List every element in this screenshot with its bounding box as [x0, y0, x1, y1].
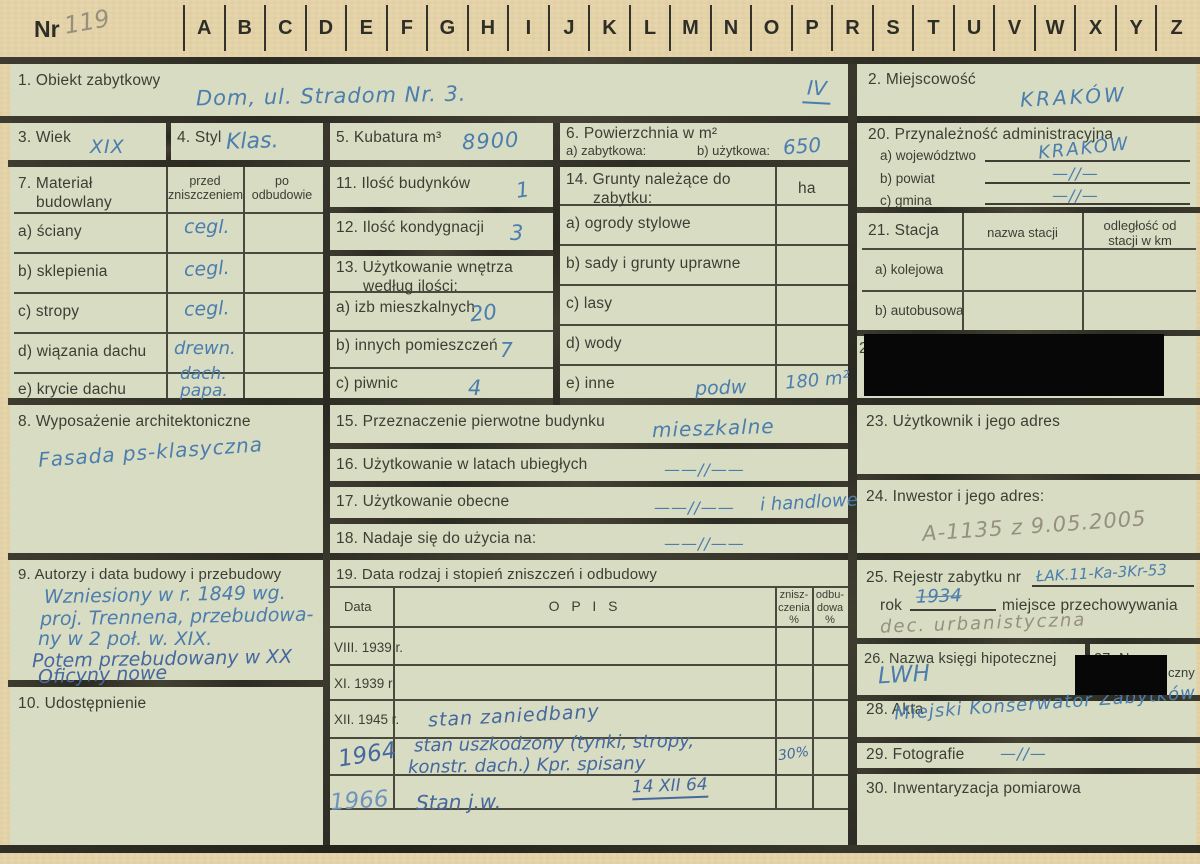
field-15-label: 15. Przeznaczenie pierwotne budynku [336, 412, 605, 431]
field-7-row-value: dach. papa. [180, 366, 228, 400]
field-29-label: 29. Fotografie [866, 745, 964, 764]
alphabet-tab-T: T [912, 5, 953, 51]
field-6b-value: 650 [782, 133, 822, 160]
field-7-row-value: drewn. [174, 338, 236, 359]
field-7-row-value: cegl. [184, 216, 230, 238]
field-6a-label: a) zabytkowa: [566, 144, 646, 159]
field-19-row-date-handwritten: 1966 [329, 786, 389, 816]
field-23-label: 23. Użytkownik i jego adres [866, 412, 1060, 431]
nr-handwritten-value: 119 [62, 4, 112, 40]
field-5-label: 5. Kubatura m³ [336, 128, 441, 147]
field-22-redaction-box [864, 334, 1164, 396]
alphabet-tab-E: E [345, 5, 386, 51]
field-13c-value: 4 [468, 376, 481, 400]
field-16-value: ——//—— [664, 460, 745, 479]
field-19-row-opis: Stan j.w. [416, 789, 502, 814]
divider-bar [0, 116, 1200, 123]
field-13a-label: a) izb mieszkalnych [336, 298, 475, 317]
divider-bar-vertical [553, 123, 560, 405]
field-21-col-dist: odległość od stacji w km [1085, 219, 1195, 249]
field-20c-value: —//— [1052, 186, 1099, 205]
field-7-row-label: e) krycie dachu [18, 380, 126, 399]
field-19-top-line [330, 586, 848, 588]
divider-bar [855, 474, 1200, 480]
field-19-col-divider-1 [393, 586, 395, 810]
field-7-row-line-3 [14, 332, 323, 334]
alphabet-tab-D: D [305, 5, 346, 51]
field-19-col-od: odbu- dowa % [813, 589, 847, 627]
field-7-row-label: a) ściany [18, 222, 82, 241]
field-7-col-before: przed zniszczeniem [168, 174, 242, 203]
alphabet-tab-K: K [588, 5, 629, 51]
field-18-value: ——//—— [664, 534, 745, 553]
field-2-label: 2. Miejscowość [868, 70, 976, 89]
alphabet-tab-R: R [831, 5, 872, 51]
field-14-row-label: b) sady i grunty uprawne [566, 254, 741, 273]
divider-bar [855, 737, 1200, 743]
field-5-value: 8900 [461, 128, 520, 155]
alphabet-tab-V: V [993, 5, 1034, 51]
heritage-record-card: Nr 119 ABCDEFGHIJKLMNOPRSTUVWXYZ 1. Obie… [0, 0, 1200, 864]
divider-bar [855, 768, 1200, 774]
field-14-unit: ha [798, 179, 816, 198]
field-13a-value: 20 [469, 300, 498, 327]
field-9-line-5: Oficyny nowe [38, 662, 168, 688]
alphabet-tab-U: U [953, 5, 994, 51]
field-21-row-line [862, 290, 1196, 292]
alphabet-tab-Y: Y [1115, 5, 1156, 51]
field-21-label: 21. Stacja [868, 221, 939, 240]
divider-bar-vertical [323, 123, 330, 845]
field-21-col-name: nazwa stacji [965, 226, 1080, 241]
field-13-label: 13. Użytkowanie wnętrza według ilości: [336, 258, 513, 297]
divider-bar [8, 160, 849, 167]
field-1-label: 1. Obiekt zabytkowy [18, 71, 161, 90]
divider-bar [855, 638, 1200, 644]
divider-bar-vertical [166, 123, 171, 160]
field-6-label: 6. Powierzchnia w m² [566, 124, 717, 143]
field-21b-label: b) autobusowa [875, 303, 964, 319]
field-1-value: Dom, ul. Stradom Nr. 3. [196, 82, 467, 111]
field-7-row-line-1 [14, 252, 323, 254]
field-7-row-label: d) wiązania dachu [18, 342, 146, 361]
field-12-label: 12. Ilość kondygnacji [336, 218, 484, 237]
alphabet-tab-Z: Z [1155, 5, 1196, 51]
field-7-row-label: b) sklepienia [18, 262, 108, 281]
field-21-divider-2 [1082, 213, 1084, 330]
field-27-visible-suffix: czny [1168, 666, 1195, 681]
field-14-line-4 [560, 364, 848, 366]
field-17-label: 17. Użytkowanie obecne [336, 492, 509, 511]
field-7-row-line-2 [14, 292, 323, 294]
field-14-line-1 [560, 244, 848, 246]
field-29-value: —//— [1000, 744, 1047, 763]
field-12-value: 3 [510, 221, 523, 245]
divider-bar [330, 518, 849, 524]
field-7-row-line-4 [14, 372, 323, 374]
alphabet-tab-L: L [629, 5, 670, 51]
divider-bar [8, 553, 1200, 560]
field-3-label: 3. Wiek [18, 128, 71, 147]
field-13b-value: 7 [500, 338, 513, 362]
field-4-label: 4. Styl [177, 128, 221, 147]
field-19-row-date: VIII. 1939 r. [334, 640, 403, 656]
field-19-row-opis-line2: konstr. dach.) Kpr. spisany [408, 753, 646, 778]
field-25-rok-line [910, 609, 996, 611]
field-14-line-3 [560, 324, 848, 326]
field-19-label: 19. Data rodzaj i stopień zniszczeń i od… [336, 566, 657, 585]
field-19-row-line-1 [330, 664, 848, 666]
field-14e-value: podw [695, 376, 747, 400]
divider-bar [0, 57, 1200, 64]
field-14-label: 14. Grunty należące do zabytku: [566, 170, 731, 209]
field-20b-label: b) powiat [880, 171, 935, 187]
field-24-label: 24. Inwestor i jego adres: [866, 487, 1044, 506]
field-20c-label: c) gmina [880, 193, 932, 209]
alphabet-tab-A: A [183, 5, 224, 51]
alphabet-tab-W: W [1034, 5, 1075, 51]
alphabet-tab-F: F [386, 5, 427, 51]
field-19-row-note: 14 XII 64 [632, 775, 709, 801]
alphabet-tabs: ABCDEFGHIJKLMNOPRSTUVWXYZ [183, 0, 1196, 57]
field-25-label: 25. Rejestr zabytku nr [866, 568, 1021, 587]
field-19-col-data: Data [344, 600, 371, 615]
field-13-line-3 [330, 367, 553, 369]
field-7-row-value: cegl. [183, 257, 230, 281]
alphabet-tab-S: S [872, 5, 913, 51]
field-30-label: 30. Inwentaryzacja pomiarowa [866, 779, 1081, 798]
field-20b-value: —//— [1052, 164, 1099, 183]
field-13-line-2 [330, 330, 553, 332]
field-18-label: 18. Nadaje się do użycia na: [336, 529, 536, 548]
field-6b-label: b) użytkowa: [697, 144, 770, 159]
field-10-label: 10. Udostępnienie [18, 694, 146, 713]
field-19-row-date: XII. 1945 r. [334, 712, 399, 728]
alphabet-tab-G: G [426, 5, 467, 51]
field-3-value: XIX [90, 136, 125, 158]
field-7-row-label: c) stropy [18, 302, 79, 321]
field-14-row-label: a) ogrody stylowe [566, 214, 691, 233]
divider-bar [330, 250, 554, 256]
field-11-label: 11. Ilość budynków [336, 174, 470, 193]
divider-bar [330, 207, 554, 213]
field-27-redaction-box [1075, 655, 1167, 695]
alphabet-tab-H: H [467, 5, 508, 51]
divider-bar [330, 481, 849, 487]
alphabet-tab-X: X [1074, 5, 1115, 51]
field-14-line-2 [560, 284, 848, 286]
field-7-row-value: cegl. [184, 297, 230, 321]
divider-bar-vertical [848, 64, 857, 845]
alphabet-tab-C: C [264, 5, 305, 51]
field-26-value: LWH [877, 661, 930, 690]
field-14-row-label: d) wody [566, 334, 622, 353]
alphabet-tab-B: B [224, 5, 265, 51]
field-19-header-line [330, 626, 848, 628]
field-19-row-line-5 [330, 808, 848, 810]
field-14-row-label: e) inne [566, 374, 615, 393]
field-20a-line [985, 160, 1190, 162]
field-20a-label: a) województwo [880, 148, 976, 164]
alphabet-tab-N: N [710, 5, 751, 51]
field-14-row-label: c) lasy [566, 294, 612, 313]
field-17-value: ——//—— [654, 498, 735, 517]
field-19-col-zn: znisz- czenia % [776, 589, 812, 627]
card-bottom-edge [0, 845, 1200, 853]
field-19-col-opis: O P I S [395, 598, 775, 616]
field-16-label: 16. Użytkowanie w latach ubiegłych [336, 455, 588, 474]
field-7-col-after: po odbudowie [245, 174, 319, 203]
field-19-row-date: XI. 1939 r. [334, 676, 396, 692]
field-8-label: 8. Wyposażenie architektoniczne [18, 412, 251, 431]
alphabet-tab-P: P [791, 5, 832, 51]
alphabet-tab-J: J [548, 5, 589, 51]
field-25-nr-line [1032, 585, 1194, 587]
field-7-label: 7. Materiał budowlany [18, 174, 112, 213]
nr-label: Nr [34, 16, 60, 43]
alphabet-tab-M: M [669, 5, 710, 51]
field-13c-label: c) piwnic [336, 374, 398, 393]
alphabet-tab-I: I [507, 5, 548, 51]
field-1-annotation: IV [802, 75, 831, 104]
field-15-value: mieszkalne [652, 414, 775, 442]
field-21a-label: a) kolejowa [875, 262, 943, 278]
field-4-value: Klas. [226, 128, 279, 155]
alphabet-tab-O: O [750, 5, 791, 51]
divider-bar [330, 443, 849, 449]
field-13b-label: b) innych pomieszczeń [336, 336, 498, 355]
field-25-rok-value: 1934 [916, 585, 963, 608]
field-25-rok-label: rok [880, 596, 902, 615]
